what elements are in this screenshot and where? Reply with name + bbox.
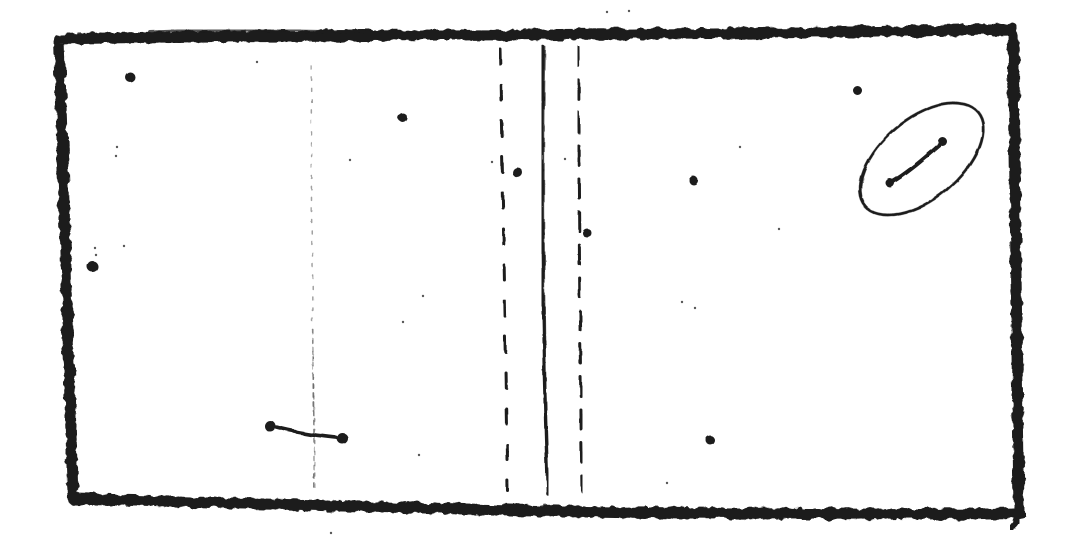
speck — [422, 295, 424, 297]
speck — [628, 10, 630, 12]
speck — [123, 245, 125, 247]
sketch-page — [0, 0, 1075, 560]
circled-pair-connector-line — [892, 144, 941, 182]
speck — [330, 532, 332, 534]
dot — [854, 87, 863, 96]
speck — [116, 146, 118, 148]
speck — [115, 155, 117, 157]
dot-pair-left — [265, 421, 276, 432]
sketch-canvas — [0, 0, 1075, 560]
speck — [491, 161, 493, 163]
speck — [606, 11, 608, 13]
dot-circled-lower — [886, 179, 895, 188]
speck — [564, 158, 566, 160]
speck — [418, 454, 420, 456]
pair-connector-line — [271, 426, 341, 438]
speck — [402, 321, 404, 323]
dot — [125, 72, 135, 82]
speck — [95, 254, 97, 256]
left-dashed-line — [500, 49, 508, 491]
ink-layer — [59, 10, 1019, 534]
dot-pair-right — [337, 433, 348, 444]
dot — [689, 176, 698, 185]
dot — [398, 113, 407, 122]
dot — [87, 261, 98, 272]
speck — [256, 61, 258, 63]
dot — [512, 167, 522, 177]
right-dashed-line — [578, 47, 582, 491]
faint-guide-line — [311, 66, 315, 491]
speck — [666, 482, 668, 484]
speck — [694, 307, 696, 309]
panel-border — [59, 29, 1019, 514]
dot — [583, 229, 592, 238]
speck — [94, 247, 96, 249]
speck — [349, 159, 351, 161]
speck — [681, 301, 683, 303]
speck — [739, 146, 741, 148]
dot-circled-upper — [939, 138, 948, 147]
speck — [778, 228, 780, 230]
dot — [707, 437, 716, 446]
